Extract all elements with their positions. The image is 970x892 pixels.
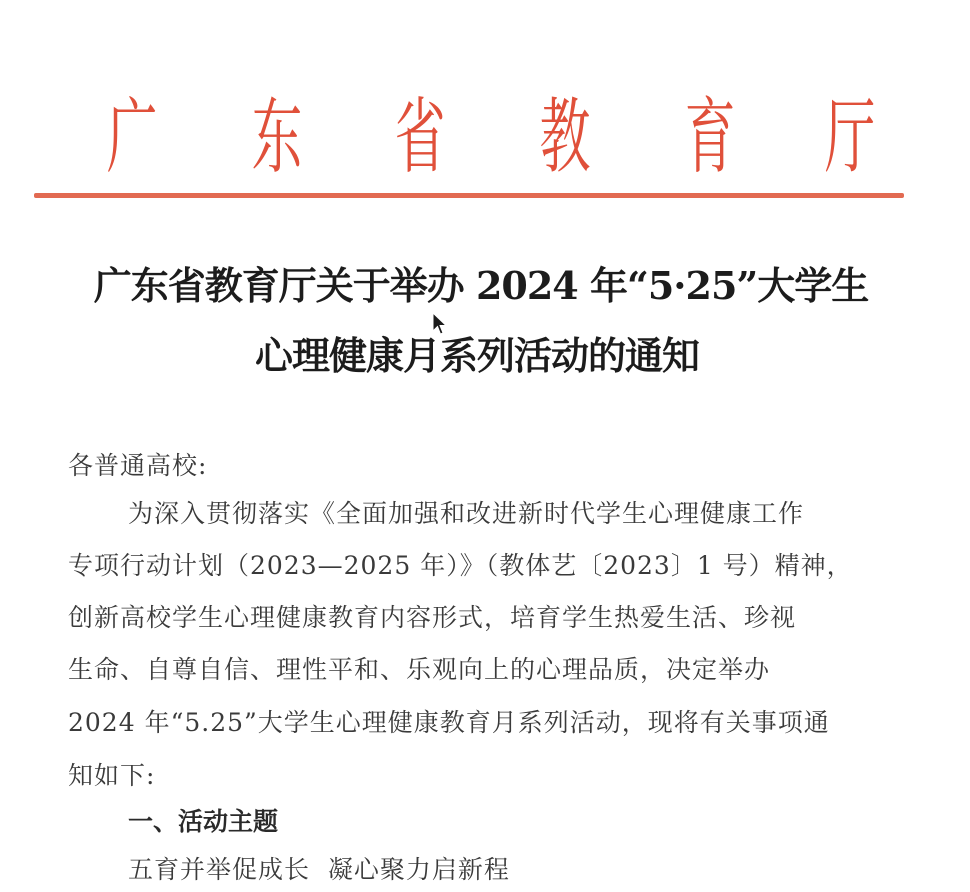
mouse-pointer-icon <box>432 312 448 336</box>
masthead-char: 厅 <box>819 88 881 188</box>
salutation: 各普通高校: <box>68 446 207 482</box>
paragraph-line: 专项行动计划（2023—2025 年）》（教体艺〔2023〕1 号）精神， <box>68 546 853 582</box>
activity-theme-text: 五育并举促成长 凝心聚力启新程 <box>128 850 510 886</box>
masthead-char: 育 <box>679 88 741 188</box>
paragraph-line: 生命、自尊自信、理性平和、乐观向上的心理品质，决定举办 <box>68 650 770 686</box>
masthead-char: 东 <box>246 88 308 188</box>
masthead-char: 广 <box>101 88 163 188</box>
section-heading-activity-theme: 一、活动主题 <box>128 802 278 838</box>
masthead: 广 东 省 教 育 厅 <box>0 88 970 188</box>
paragraph-line: 创新高校学生心理健康教育内容形式，培育学生热爱生活、珍视 <box>68 598 796 634</box>
masthead-char: 省 <box>389 88 451 188</box>
paragraph-line: 为深入贯彻落实《全面加强和改进新时代学生心理健康工作 <box>128 494 804 530</box>
document-title-line-2: 心理健康月系列活动的通知 <box>0 325 962 380</box>
paragraph-line: 知如下: <box>68 756 155 792</box>
masthead-red-rule <box>34 193 904 198</box>
masthead-char: 教 <box>534 88 596 188</box>
document-title-line-1: 广东省教育厅关于举办 2024 年“5·25”大学生 <box>0 255 966 310</box>
paragraph-line: 2024 年“5.25”大学生心理健康教育月系列活动，现将有关事项通 <box>68 703 830 739</box>
